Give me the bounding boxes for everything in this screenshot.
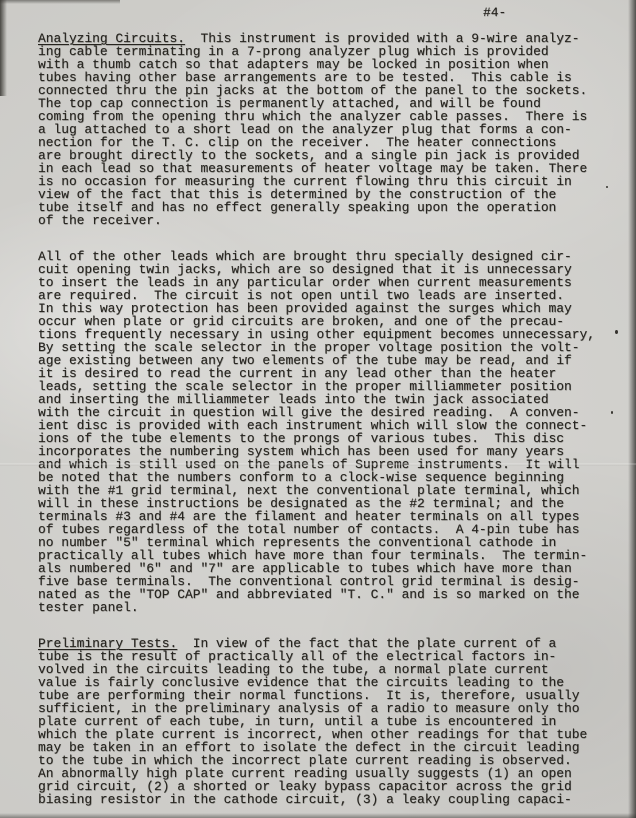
scan-edge-bottom-shadow [0,813,636,818]
scan-edge-right-shadow [628,0,636,818]
paragraph-preliminary-tests: Preliminary Tests. In view of the fact t… [38,637,618,806]
ink-speck [615,330,618,334]
paragraph-other-leads: All of the other leads which are brought… [38,250,618,614]
page-number: #4- [483,6,506,19]
scan-edge-top-shadow [0,0,120,4]
paragraph-analyzing-circuits: Analyzing Circuits. This instrument is p… [38,32,618,227]
scanned-document-page: #4- Analyzing Circuits. This instrument … [0,0,636,818]
ink-speck [606,186,608,188]
paragraph-body: In view of the fact that the plate curre… [38,636,587,807]
paper-crease-line [0,463,636,466]
scan-edge-left-shadow [0,0,7,96]
paragraph-body: This instrument is provided with a 9-wir… [38,31,587,228]
ink-speck [611,411,613,414]
paragraph-body: All of the other leads which are brought… [38,249,595,615]
